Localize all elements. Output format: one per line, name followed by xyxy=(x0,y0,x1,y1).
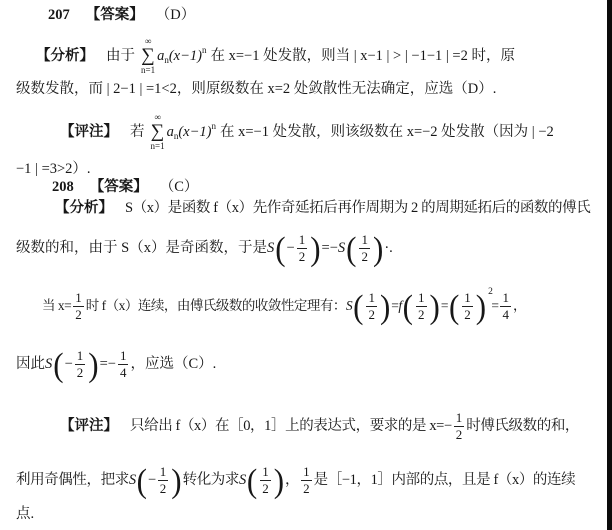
remark-line-207-1: 【评注】 若 ∞ ∑ n=1 an(x−1)n 在 x=−1 处发散，则该级数在… xyxy=(60,106,554,158)
summation-symbol: ∞ ∑ n=1 xyxy=(151,113,165,151)
text-run: 是［−1，1］内部的点，且是 f（x）的连续 xyxy=(314,471,576,489)
answer-value: （D） xyxy=(156,6,195,24)
superscript-2: 2 xyxy=(488,287,492,299)
superscript-n: n xyxy=(211,121,216,131)
big-right-paren: ) xyxy=(476,289,486,322)
big-left-paren: ( xyxy=(137,463,147,496)
big-right-paren: ) xyxy=(274,463,284,496)
fraction-one-fourth: 14 xyxy=(118,349,129,379)
var-S: S xyxy=(338,239,345,257)
equals-sign: = xyxy=(391,298,398,315)
text-run: 当 x= xyxy=(42,298,71,315)
text-run: 因此 xyxy=(16,355,45,373)
text-run: 利用奇偶性，把求 xyxy=(16,471,129,489)
big-right-paren: ) xyxy=(430,289,440,322)
remark-line-208-3: 点. xyxy=(16,505,34,523)
superscript-n: n xyxy=(202,45,207,55)
x-minus-1: (x−1) xyxy=(169,48,202,64)
text-run: 由于 xyxy=(106,47,135,65)
var-S: S xyxy=(267,239,274,257)
text-run: S（x）是函数 f（x）先作奇延拓后再作周期为 2 的周期延拓后的函数的傅氏 xyxy=(125,199,590,217)
text-run: 时傅氏级数的和， xyxy=(466,417,579,435)
equals-minus: =− xyxy=(322,239,338,257)
analysis-line-208-3: 当 x= 12 时 f（x）连续，由傅氏级数的收敛性定理有： S(12) = f… xyxy=(42,276,526,336)
var-S: S xyxy=(129,471,136,489)
analysis-line-208-4: 因此 S(−12) =− 14 ，应选（C）. xyxy=(16,336,216,392)
var-S: S xyxy=(239,471,246,489)
big-right-paren: ) xyxy=(380,289,390,322)
text-run: ，应选（C）. xyxy=(130,355,216,373)
fraction-one-half: 12 xyxy=(462,291,473,321)
big-left-paren: ( xyxy=(403,289,413,322)
fraction-one-half: 12 xyxy=(454,411,465,441)
big-right-paren: ) xyxy=(373,231,383,264)
equals-sign: = xyxy=(441,298,448,315)
big-right-paren: ) xyxy=(310,231,320,264)
remark-line-208-1: 【评注】 只给出 f（x）在［0，1］上的表达式，要求的是 x=− 12 时傅氏… xyxy=(60,396,579,456)
summation-symbol: ∞ ∑ n=1 xyxy=(141,37,155,75)
series-term: an(x−1)n xyxy=(157,45,206,66)
var-S: S xyxy=(346,298,352,315)
scan-artifact-bar xyxy=(607,0,612,530)
remark-label: 【评注】 xyxy=(60,123,118,141)
fraction-one-half: 12 xyxy=(416,291,427,321)
big-left-paren: ( xyxy=(247,463,257,496)
problem-number: 207 xyxy=(48,6,70,24)
remark-label: 【评注】 xyxy=(60,417,118,435)
answer-label: 【答案】 xyxy=(86,6,144,24)
problem-number: 208 xyxy=(52,178,74,196)
big-right-paren: ) xyxy=(171,463,181,496)
minus-sign: − xyxy=(148,471,156,489)
big-right-paren: ) xyxy=(88,347,98,380)
var-a: a xyxy=(167,124,174,140)
fraction-one-half: 12 xyxy=(366,291,377,321)
analysis-line-207-1: 【分析】 由于 ∞ ∑ n=1 an(x−1)n 在 x=−1 处发散，则当 |… xyxy=(36,31,515,81)
answer-line-207: 207 【答案】 （D） xyxy=(48,6,195,24)
series-term: an(x−1)n xyxy=(167,121,216,142)
text-run: 级数发散，而 | 2−1 | =1<2，则原级数在 x=2 处敛散性无法确定，应… xyxy=(16,80,496,98)
minus-sign: − xyxy=(65,355,73,373)
sum-lower-limit: n=1 xyxy=(141,66,155,75)
fraction-one-half: 12 xyxy=(73,291,84,321)
sigma-icon: ∑ xyxy=(141,46,155,65)
answer-line-208: 208 【答案】 （C） xyxy=(52,178,198,196)
text-run: ， xyxy=(513,298,526,315)
fraction-one-half: 12 xyxy=(158,465,169,495)
text-run: ， xyxy=(285,471,299,489)
text-run: 级数的和，由于 S（x）是奇函数，于是 xyxy=(16,239,267,257)
sum-lower-limit: n=1 xyxy=(151,142,165,151)
big-left-paren: ( xyxy=(275,231,285,264)
sigma-icon: ∑ xyxy=(151,122,165,141)
fraction-one-half: 12 xyxy=(297,233,308,263)
big-left-paren: ( xyxy=(53,347,63,380)
text-run: −1 | =3>2）. xyxy=(16,160,91,178)
minus-sign: − xyxy=(287,239,295,257)
fraction-one-half: 12 xyxy=(359,233,370,263)
text-run: 若 xyxy=(130,123,145,141)
big-left-paren: ( xyxy=(449,289,459,322)
fraction-one-half: 12 xyxy=(75,349,86,379)
remark-line-208-2: 利用奇偶性，把求 S(−12) 转化为求 S(12) ， 12 是［−1，1］内… xyxy=(16,452,575,508)
big-left-paren: ( xyxy=(346,231,356,264)
text-run: 在 x=−1 处发散，则该级数在 x=−2 处发散（因为 | −2 xyxy=(220,123,554,141)
analysis-label: 【分析】 xyxy=(36,47,94,65)
analysis-line-207-2: 级数发散，而 | 2−1 | =1<2，则原级数在 x=2 处敛散性无法确定，应… xyxy=(16,80,496,98)
remark-line-207-2: −1 | =3>2）. xyxy=(16,160,91,178)
fraction-one-half: 12 xyxy=(301,465,312,495)
fraction-one-fourth: 14 xyxy=(500,291,511,321)
equals-sign: = xyxy=(491,298,498,315)
analysis-label: 【分析】 xyxy=(55,199,113,217)
var-S: S xyxy=(45,355,52,373)
var-f: f xyxy=(398,298,401,315)
equals-minus: =− xyxy=(100,355,116,373)
x-minus-1: (x−1) xyxy=(178,124,211,140)
text-run: 转化为求 xyxy=(183,471,239,489)
text-run: 时 f（x）连续，由傅氏级数的收敛性定理有： xyxy=(86,298,346,315)
answer-label: 【答案】 xyxy=(90,178,148,196)
analysis-line-208-2: 级数的和，由于 S（x）是奇函数，于是 S(−12) =− S(12) ·. xyxy=(16,220,393,276)
answer-value: （C） xyxy=(160,178,199,196)
text-run: 在 x=−1 处发散，则当 | x−1 | > | −1−1 | =2 时，原 xyxy=(210,47,514,65)
scanned-document-page: 207 【答案】 （D） 【分析】 由于 ∞ ∑ n=1 an(x−1)n 在 … xyxy=(0,0,612,530)
fraction-one-half: 12 xyxy=(260,465,271,495)
text-run: 点. xyxy=(16,505,34,523)
text-run: ·. xyxy=(384,239,392,257)
text-run: 只给出 f（x）在［0，1］上的表达式，要求的是 x=− xyxy=(130,417,452,435)
analysis-line-208-1: 【分析】 S（x）是函数 f（x）先作奇延拓后再作周期为 2 的周期延拓后的函数… xyxy=(55,199,590,217)
big-left-paren: ( xyxy=(353,289,363,322)
